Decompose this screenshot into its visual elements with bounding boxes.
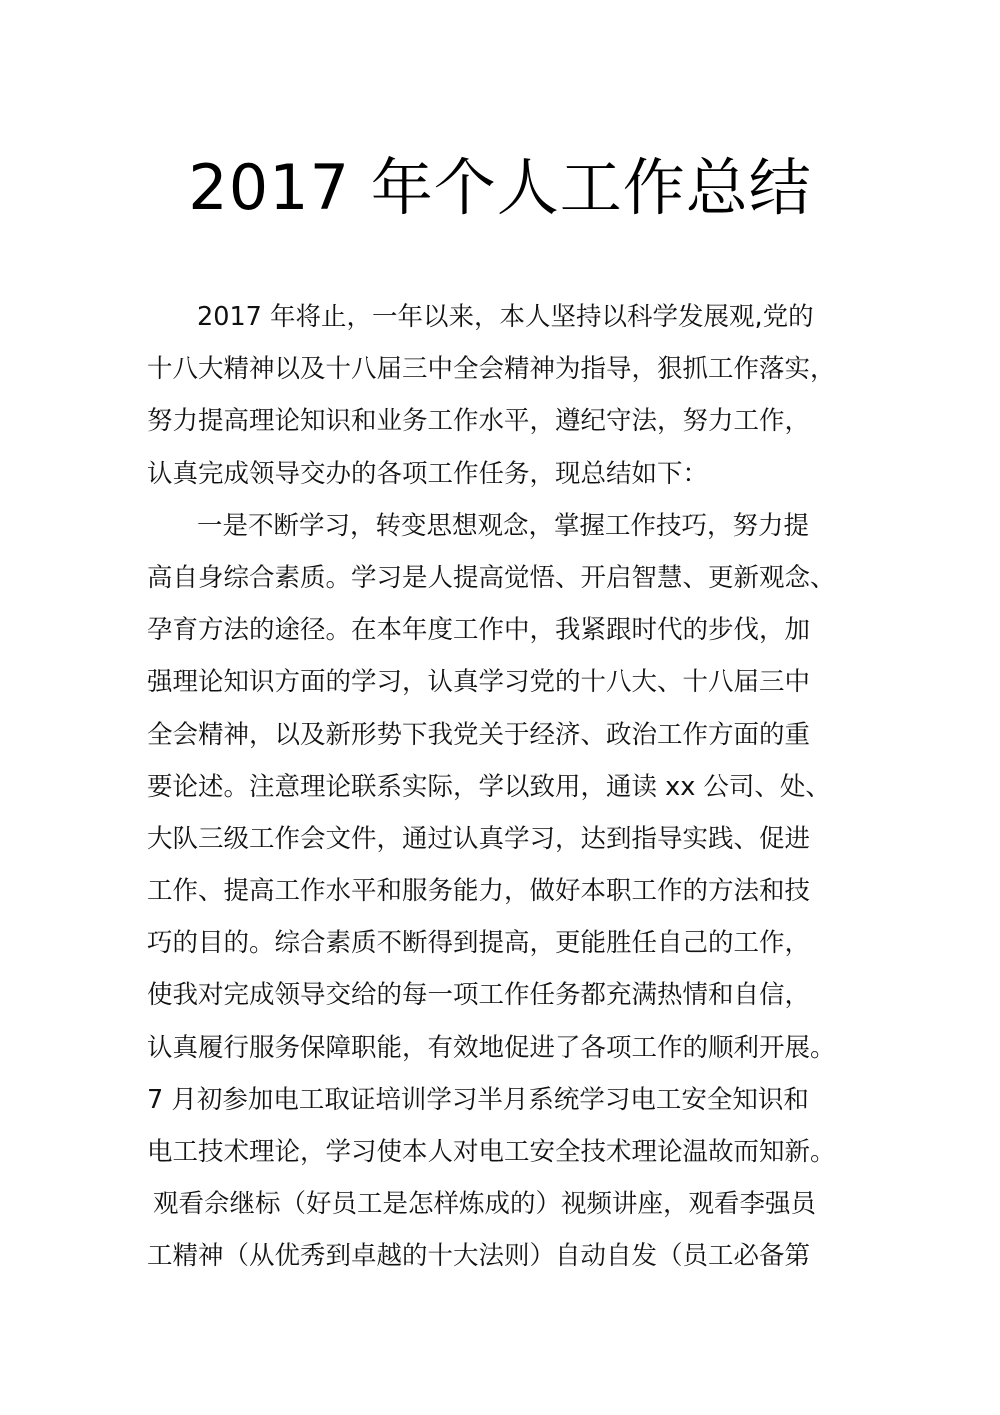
paragraph-2-line-5: 全会精神，以及新形势下我党关于经济、政治工作方面的重 bbox=[147, 709, 887, 761]
paragraph-2-line-11: 认真履行服务保障职能，有效地促进了各项工作的顺利开展。 bbox=[147, 1022, 887, 1074]
paragraph-2-line-9: 巧的目的。综合素质不断得到提高，更能胜任自己的工作， bbox=[147, 917, 887, 969]
paragraph-1-line-1: 2017 年将止，一年以来，本人坚持以科学发展观,党的 bbox=[147, 291, 887, 343]
paragraph-2-line-4: 强理论知识方面的学习，认真学习党的十八大、十八届三中 bbox=[147, 656, 887, 708]
paragraph-2-line-10: 使我对完成领导交给的每一项工作任务都充满热情和自信， bbox=[147, 969, 887, 1021]
paragraph-2-line-1: 一是不断学习，转变思想观念，掌握工作技巧，努力提 bbox=[147, 500, 887, 552]
paragraph-2-line-7: 大队三级工作会文件，通过认真学习，达到指导实践、促进 bbox=[147, 813, 887, 865]
paragraph-2-line-12: 7 月初参加电工取证培训学习半月系统学习电工安全知识和 bbox=[147, 1074, 887, 1126]
paragraph-2-line-8: 工作、提高工作水平和服务能力，做好本职工作的方法和技 bbox=[147, 865, 887, 917]
paragraph-1-line-4: 认真完成领导交办的各项工作任务，现总结如下： bbox=[147, 448, 887, 500]
paragraph-2-line-14: 观看佘继标（好员工是怎样炼成的）视频讲座，观看李强员 bbox=[147, 1178, 887, 1230]
paragraph-2-line-13: 电工技术理论，学习使本人对电工安全技术理论温故而知新。 bbox=[147, 1126, 887, 1178]
paragraph-2-line-3: 孕育方法的途径。在本年度工作中，我紧跟时代的步伐，加 bbox=[147, 604, 887, 656]
paragraph-2-line-2: 高自身综合素质。学习是人提高觉悟、开启智慧、更新观念、 bbox=[147, 552, 887, 604]
paragraph-1-line-2: 十八大精神以及十八届三中全会精神为指导，狠抓工作落实， bbox=[147, 343, 887, 395]
document-body: 2017 年将止，一年以来，本人坚持以科学发展观,党的 十八大精神以及十八届三中… bbox=[147, 291, 887, 1283]
paragraph-2-line-15: 工精神（从优秀到卓越的十大法则）自动自发（员工必备第 bbox=[147, 1230, 887, 1282]
paragraph-1-line-3: 努力提高理论知识和业务工作水平，遵纪守法，努力工作， bbox=[147, 395, 887, 447]
paragraph-2-line-6: 要论述。注意理论联系实际，学以致用，通读 xx 公司、处、 bbox=[147, 761, 887, 813]
document-title: 2017 年个人工作总结 bbox=[0, 148, 1000, 228]
document-page: 2017 年个人工作总结 2017 年将止，一年以来，本人坚持以科学发展观,党的… bbox=[0, 0, 1000, 1415]
